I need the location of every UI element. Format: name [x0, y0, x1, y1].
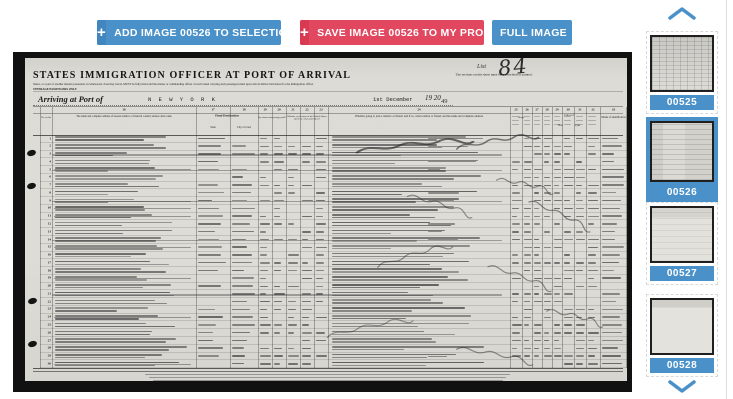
add-to-selection-label: ADD IMAGE 00526 TO SELECTION: [106, 27, 281, 39]
handwritten-list-number: 84: [497, 58, 530, 81]
thumbnail-label: 00527: [650, 266, 714, 281]
right-divider: [726, 0, 727, 399]
list-label: List: [477, 64, 486, 70]
thumbnail-label: 00526: [650, 185, 714, 200]
chevron-down-icon: [667, 380, 697, 394]
thumbnail-image: [650, 121, 714, 182]
document-image[interactable]: STATES IMMIGRATION OFFICER AT PORT OF AR…: [13, 52, 632, 392]
thumbnail-00528[interactable]: 00528: [646, 294, 718, 377]
thumbnail-rail: 00525005260052700528: [640, 0, 726, 399]
thumbnail-label: 00528: [650, 358, 714, 373]
thumbnail-image: [650, 35, 714, 92]
thumbnail-00527[interactable]: 00527: [646, 202, 718, 285]
thumbnail-00525[interactable]: 00525: [646, 31, 718, 114]
thumbnail-image: [650, 206, 714, 263]
chevron-up-icon: [667, 6, 697, 20]
scroll-down-button[interactable]: [667, 380, 697, 394]
plus-icon: +: [300, 20, 309, 45]
page-root: + ADD IMAGE 00526 TO SELECTION + SAVE IM…: [0, 0, 733, 399]
save-to-profile-label: SAVE IMAGE 00526 TO MY PROFILE: [309, 27, 484, 39]
thumbnail-image: [650, 298, 714, 355]
document-title: STATES IMMIGRATION OFFICER AT PORT OF AR…: [33, 70, 351, 81]
thumbnail-label: 00525: [650, 95, 714, 110]
full-image-label: FULL IMAGE: [492, 27, 572, 39]
manifest-page: STATES IMMIGRATION OFFICER AT PORT OF AR…: [25, 58, 627, 381]
plus-icon: +: [97, 20, 106, 45]
thumbnail-00526[interactable]: 00526: [646, 117, 718, 204]
scroll-up-button[interactable]: [667, 6, 697, 20]
handwriting-annotation: [494, 169, 556, 203]
save-to-profile-button[interactable]: + SAVE IMAGE 00526 TO MY PROFILE: [300, 20, 484, 45]
full-image-button[interactable]: FULL IMAGE: [492, 20, 572, 45]
add-to-selection-button[interactable]: + ADD IMAGE 00526 TO SELECTION: [97, 20, 281, 45]
